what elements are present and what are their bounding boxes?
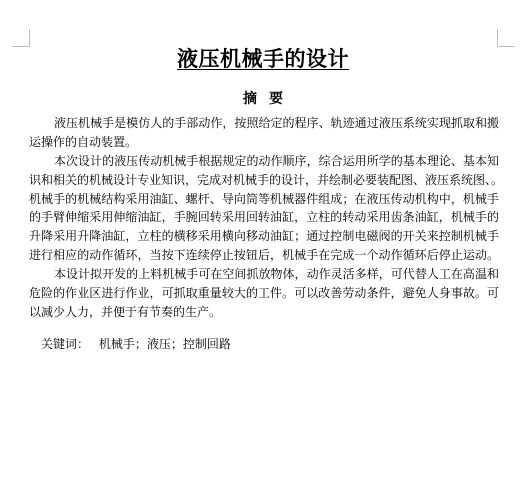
keywords-line: 关键词： 机械手；液压；控制回路 bbox=[41, 335, 231, 353]
paragraph-3-line-2: 危险的作业区进行作业，可抓取重量较大的工件。可以改善劳动条件，避免人身事故。可 bbox=[29, 284, 499, 303]
paragraph-3-line-3: 以减少人力，并便于有节奏的生产。 bbox=[29, 303, 499, 322]
paragraph-2-line-4: 的手臂伸缩采用伸缩油缸，手腕回转采用回转油缸，立柱的转动采用齿条油缸，机械手的 bbox=[29, 208, 499, 227]
abstract-heading: 摘要 bbox=[0, 89, 526, 109]
paragraph-2-line-5: 升降采用升降油缸，立柱的横移采用横向移动油缸；通过控制电磁阀的开关来控制机械手 bbox=[29, 227, 499, 246]
paragraph-3-line-1: 本设计拟开发的上料机械手可在空间抓放物体，动作灵活多样，可代替人工在高温和 bbox=[29, 265, 499, 284]
document-title: 液压机械手的设计 bbox=[0, 45, 526, 73]
abstract-body: 液压机械手是模仿人的手部动作，按照给定的程序、轨迹通过液压系统实现抓取和搬 运操… bbox=[29, 114, 499, 322]
paragraph-2-line-1: 本次设计的液压传动机械手根据规定的动作顺序，综合运用所学的基本理论、基本知 bbox=[29, 152, 499, 171]
paragraph-2-line-3: 机械手的机械结构采用油缸、螺杆、导向筒等机械器件组成；在液压传动机构中，机械手 bbox=[29, 190, 499, 209]
paragraph-2-line-2: 识和相关的机械设计专业知识，完成对机械手的设计，并绘制必要装配图、液压系统图、。 bbox=[29, 171, 499, 190]
paragraph-1-line-1: 液压机械手是模仿人的手部动作，按照给定的程序、轨迹通过液压系统实现抓取和搬 bbox=[29, 114, 499, 133]
paragraph-2-line-6: 进行相应的动作循环，当按下连续停止按钮后，机械手在完成一个动作循环后停止运动。 bbox=[29, 246, 499, 265]
document-title-text: 液压机械手的设计 bbox=[177, 47, 349, 71]
keywords-value: 机械手；液压；控制回路 bbox=[99, 337, 231, 351]
paragraph-1-line-2: 运操作的自动装置。 bbox=[29, 133, 499, 152]
keywords-label: 关键词： bbox=[41, 335, 95, 353]
